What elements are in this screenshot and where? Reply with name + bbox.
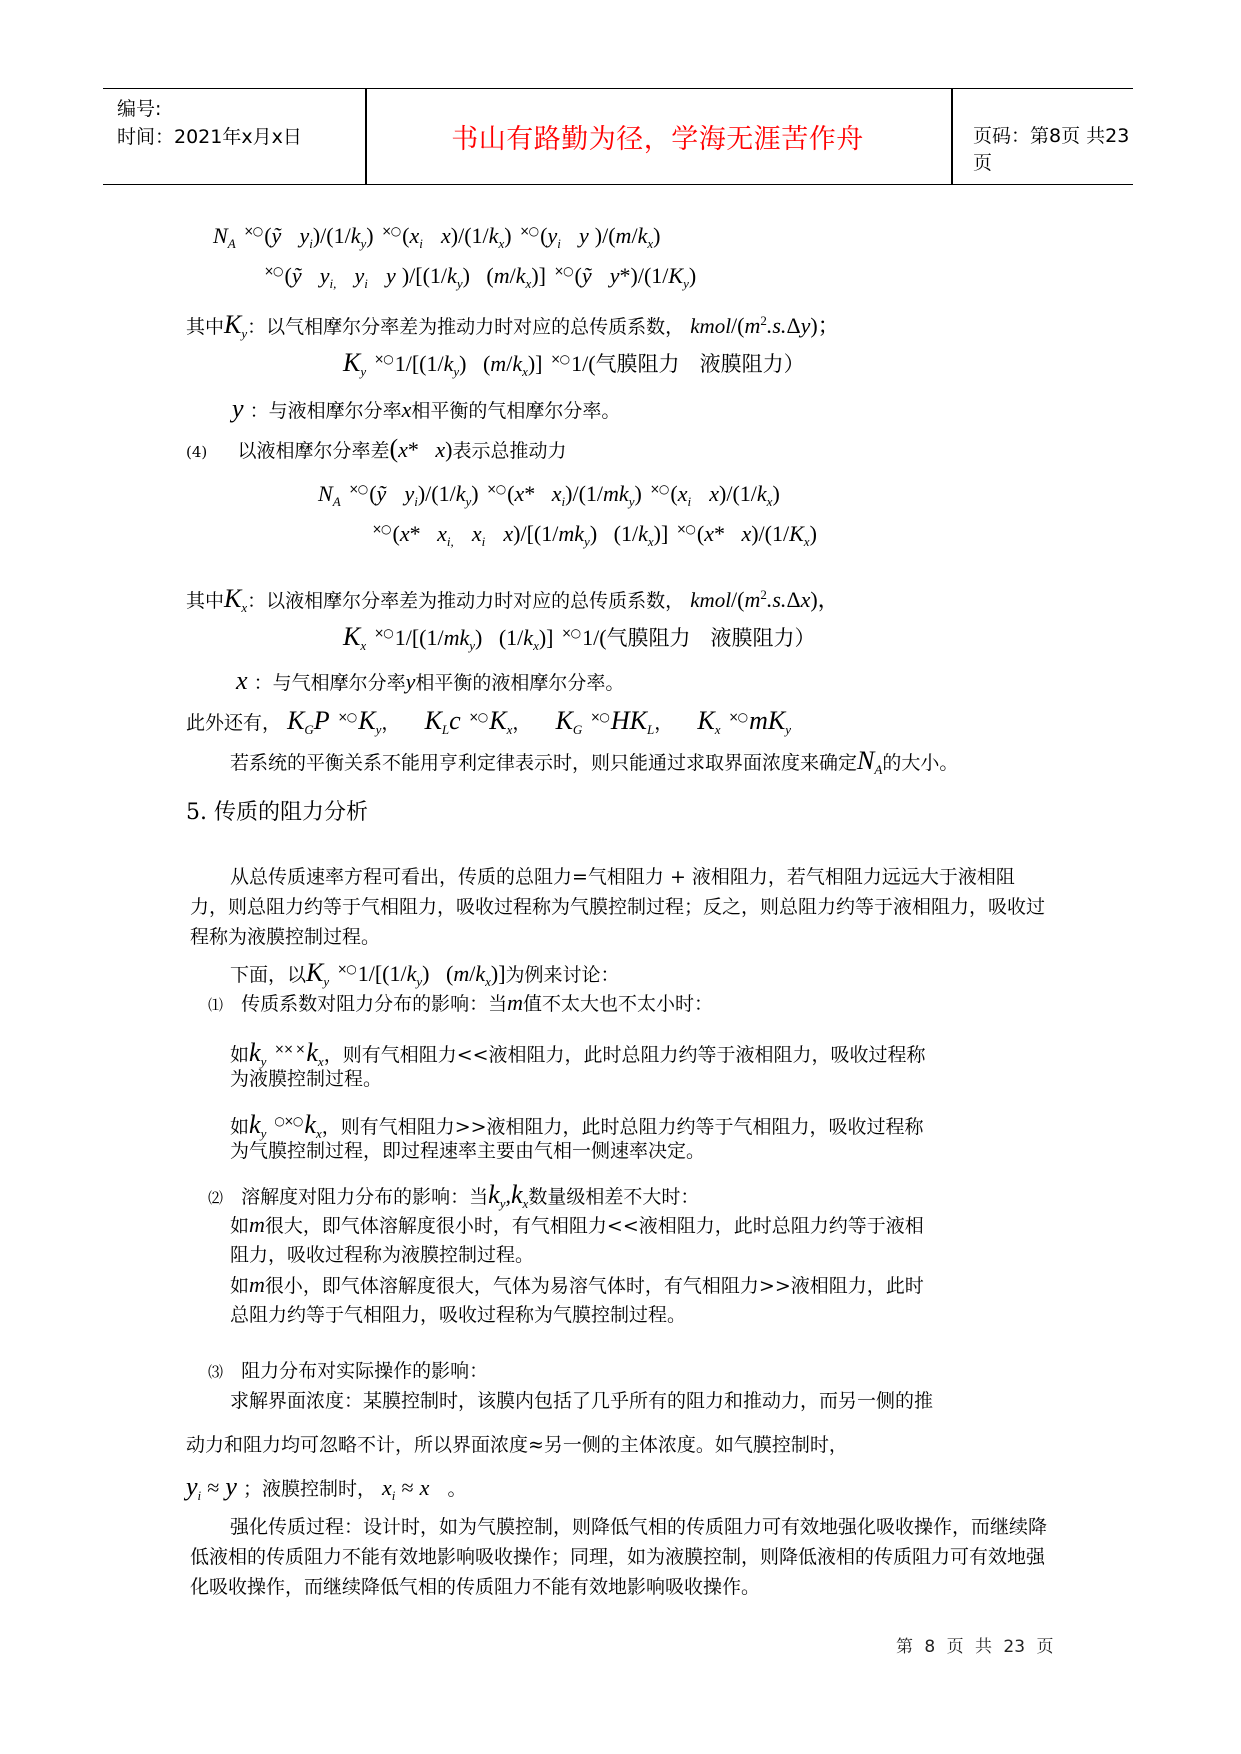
text: ：与液相摩尔分率 xyxy=(250,400,402,422)
text: 相平衡的液相摩尔分率。 xyxy=(415,672,624,694)
item-1-case-a-cont: 为液膜控制过程。 xyxy=(230,1066,382,1092)
henry-law-note: 若系统的平衡关系不能用亨利定律表示时，则只能通过求取界面浓度来确定NA的大小。 xyxy=(230,748,958,783)
text: 如 xyxy=(230,1215,249,1237)
symbol: m xyxy=(249,1272,265,1297)
symbol: N xyxy=(857,746,874,775)
text: 传质系数对阻力分布的影响：当 xyxy=(241,993,507,1015)
text: 。 xyxy=(447,1478,466,1500)
text: 下面，以 xyxy=(230,964,306,986)
item-1-heading: ⑴ 传质系数对阻力分布的影响：当m值不太大也不太小时： xyxy=(208,990,713,1018)
text: 阻力分布对实际操作的影响： xyxy=(241,1360,488,1382)
item-2-case-b-cont: 总阻力约等于气相阻力，吸收过程称为气膜控制过程。 xyxy=(230,1302,686,1328)
document-header: 编号: 时间：2021年x月x日 书山有路勤为径，学海无涯苦作舟 页码：第8页 … xyxy=(103,88,1133,185)
ky-definition: 其中Ky：以气相摩尔分率差为推动力时对应的总传质系数， kmol/(m2.s.Δ… xyxy=(186,308,840,347)
text: 的大小。 xyxy=(882,752,958,774)
header-motto: 书山有路勤为径，学海无涯苦作舟 xyxy=(365,89,950,184)
item-2-case-a-cont: 阻力，吸收过程称为液膜控制过程。 xyxy=(230,1242,534,1268)
header-left: 编号: 时间：2021年x月x日 xyxy=(117,95,302,151)
label: 其中 xyxy=(186,316,224,338)
text: 以液相摩尔分率差 xyxy=(237,440,389,462)
text: ：以液相摩尔分率差为推动力时对应的总传质系数， xyxy=(247,590,684,612)
text: 表示总推动力 xyxy=(453,440,567,462)
item-number: ⑵ xyxy=(208,1189,223,1207)
symbol: y xyxy=(232,394,244,423)
equation-na-liquid-line2: ×○(x* xi, xi x)/[(1/mky) (1/kx)] ×○(x* x… xyxy=(370,516,817,555)
ystar-definition: y ：与液相摩尔分率x相平衡的气相摩尔分率。 xyxy=(232,396,620,424)
kx-definition: 其中Kx：以液相摩尔分率差为推动力时对应的总传质系数， kmol/(m2.s.Δ… xyxy=(186,582,840,621)
item-4-heading: (4) 以液相摩尔分率差(x* x)表示总推动力 xyxy=(186,436,567,465)
equation-na-gas-line2: ×○(ỹ yi, yi y )/[(1/ky) (m/kx)] ×○(ỹ y… xyxy=(262,258,696,297)
item-number: ⑶ xyxy=(208,1363,223,1381)
page-footer: 第 8 页 共 23 页 xyxy=(896,1632,1053,1657)
item-number: ⑴ xyxy=(208,996,223,1014)
text: 如 xyxy=(230,1116,249,1138)
item-number: (4) xyxy=(186,443,207,461)
text: 相平衡的气相摩尔分率。 xyxy=(411,400,620,422)
section-5-title: 5. 传质的阻力分析 xyxy=(186,800,368,826)
additional-relations: 此外还有， KGP ×○Ky， KLc ×○Kx， KG ×○HKL， Kx ×… xyxy=(186,704,791,743)
item-3-heading: ⑶ 阻力分布对实际操作的影响： xyxy=(208,1358,488,1385)
text: ，则有气相阻力<<液相阻力，此时总阻力约等于液相阻力，吸收过程称 xyxy=(324,1044,926,1066)
ky-unit: kmol xyxy=(690,314,731,338)
equation-na-gas-line1: NA ×○(ỹ yi)/(1/ky) ×○(xi x)/(1/kx) ×○(y… xyxy=(213,218,660,257)
text: 为例来讨论： xyxy=(506,964,620,986)
item-2-case-b: 如m很小，即气体溶解度很大，气体为易溶气体时，有气相阻力>>液相阻力，此时 xyxy=(230,1272,924,1299)
symbol: x xyxy=(402,397,412,422)
item-2-case-a: 如m很大，即气体溶解度很小时，有气相阻力<<液相阻力，此时总阻力约等于液相 xyxy=(230,1212,924,1239)
header-divider xyxy=(951,89,953,184)
symbol: m xyxy=(249,1212,265,1237)
item-1-case-b-cont: 为气膜控制过程，即过程速率主要由气相一侧速率决定。 xyxy=(230,1138,705,1164)
kx-formula: Kx ×○1/[(1/mky) (1/kx)] ×○1/(气膜阻力 液膜阻力） xyxy=(343,620,816,659)
symbol: y xyxy=(406,669,416,694)
item-3-para-1-line2: 动力和阻力均可忽略不计，所以界面浓度≈另一侧的主体浓度。如气膜控制时， xyxy=(186,1432,848,1458)
section-5-paragraph-1: 从总传质速率方程可看出，传质的总阻力=气相阻力 + 液相阻力，若气相阻力远远大于… xyxy=(190,862,1050,952)
symbol: m xyxy=(507,990,523,1015)
text: 数量级相差不大时： xyxy=(528,1186,699,1208)
text: ：以气相摩尔分率差为推动力时对应的总传质系数， xyxy=(247,316,684,338)
kx-unit: kmol xyxy=(690,588,731,612)
text: 溶解度对阻力分布的影响：当 xyxy=(241,1186,488,1208)
symbol: K xyxy=(224,310,241,339)
text: ；液膜控制时， xyxy=(243,1478,376,1500)
item-3-para-2: 强化传质过程：设计时，如为气膜控制，则降低气相的传质阻力可有效地强化吸收操作，而… xyxy=(190,1512,1050,1602)
xstar-definition: x ：与气相摩尔分率y相平衡的液相摩尔分率。 xyxy=(236,668,624,696)
label: 其中 xyxy=(186,590,224,612)
text: 若系统的平衡关系不能用亨利定律表示时，则只能通过求取界面浓度来确定 xyxy=(230,752,857,774)
item-3-para-1-line3: yi ≈ y ；液膜控制时， xi ≈ x 。 xyxy=(186,1474,466,1509)
label: 此外还有， xyxy=(186,712,281,734)
document-number-label: 编号: xyxy=(117,95,302,123)
text: ：与气相摩尔分率 xyxy=(254,672,406,694)
text: 很大，即气体溶解度很小时，有气相阻力<<液相阻力，此时总阻力约等于液相 xyxy=(265,1215,924,1237)
text: 如 xyxy=(230,1275,249,1297)
document-time: 时间：2021年x月x日 xyxy=(117,123,302,151)
text: 很小，即气体溶解度很大，气体为易溶气体时，有气相阻力>>液相阻力，此时 xyxy=(265,1275,924,1297)
text: 如 xyxy=(230,1044,249,1066)
ky-formula: Ky ×○1/[(1/ky) (m/kx)] ×○1/(气膜阻力 液膜阻力） xyxy=(343,346,805,385)
equation-na-liquid-line1: NA ×○(ỹ yi)/(1/ky) ×○(x* xi)/(1/mky) ×○… xyxy=(318,476,780,515)
text: ，则有气相阻力>>液相阻力，此时总阻力约等于气相阻力，吸收过程称 xyxy=(322,1116,924,1138)
text: 值不太大也不太小时： xyxy=(523,993,713,1015)
header-page-number: 页码：第8页 共23页 xyxy=(973,121,1133,175)
item-3-para-1-line1: 求解界面浓度：某膜控制时，该膜内包括了几乎所有的阻力和推动力，而另一侧的推 xyxy=(230,1388,933,1414)
